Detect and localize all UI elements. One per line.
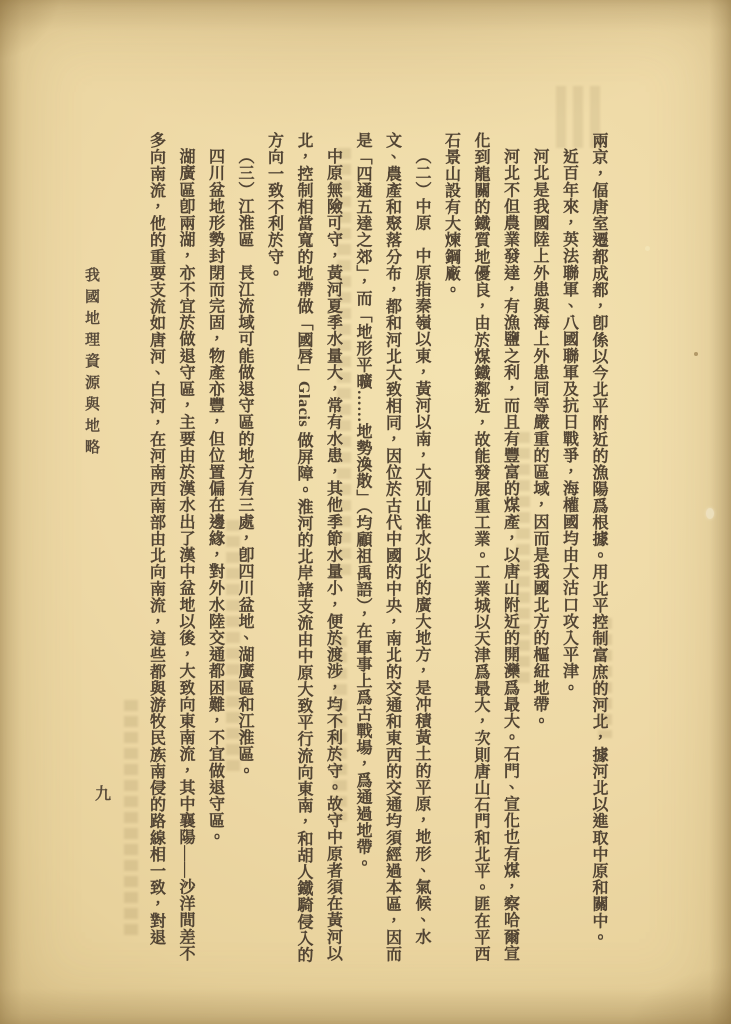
- paragraph: 河北不但農業發達，有漁鹽之利，而且有豐富的煤產，以唐山附近的開灤爲最大。石門、宣…: [436, 132, 525, 964]
- paragraph: 中原無險可守，黃河夏季水量大，常有水患，其他季節水量小，便於渡涉，均不利於守。故…: [259, 132, 348, 964]
- page-text-block: 兩京，偪唐室遷都成都，卽係以今北平附近的漁陽爲根據。用北平控制富庶的河北，據河北…: [115, 132, 613, 964]
- book-page: 兩京，偪唐室遷都成都，卽係以今北平附近的漁陽爲根據。用北平控制富庶的河北，據河北…: [0, 0, 731, 1024]
- paper-speck: [706, 508, 714, 519]
- paragraph: 近百年來，英法聯軍、八國聯軍及抗日戰爭，海權國均由大沽口攻入平津。: [554, 132, 584, 964]
- paper-speck: [645, 246, 650, 251]
- running-title: 我國地理資源與地略: [81, 267, 102, 461]
- page-number: 九: [95, 781, 111, 804]
- paragraph: 湖廣區卽兩湖，亦不宜於做退守區，主要由於漢水出了漢中盆地以後，大致向東南流，其中…: [141, 132, 200, 964]
- paragraph: （三）江淮區 長江流域可能做退守區的地方有三處，卽四川盆地、湖廣區和江淮區。: [230, 132, 260, 964]
- paragraph: 兩京，偪唐室遷都成都，卽係以今北平附近的漁陽爲根據。用北平控制富庶的河北，據河北…: [584, 132, 614, 964]
- paragraph: （二）中原 中原指秦嶺以東，黃河以南，大別山淮水以北的廣大地方，是冲積黃土的平原…: [348, 132, 437, 964]
- paragraph: 河北是我國陸上外患與海上外患同等嚴重的區域，因而是我國北方的樞紐地帶。: [525, 132, 555, 964]
- paragraph: 四川盆地形勢封閉而完固，物產亦豐，但位置偏在邊緣，對外水陸交通都困難，不宜做退守…: [200, 132, 230, 964]
- paper-speck: [694, 352, 698, 356]
